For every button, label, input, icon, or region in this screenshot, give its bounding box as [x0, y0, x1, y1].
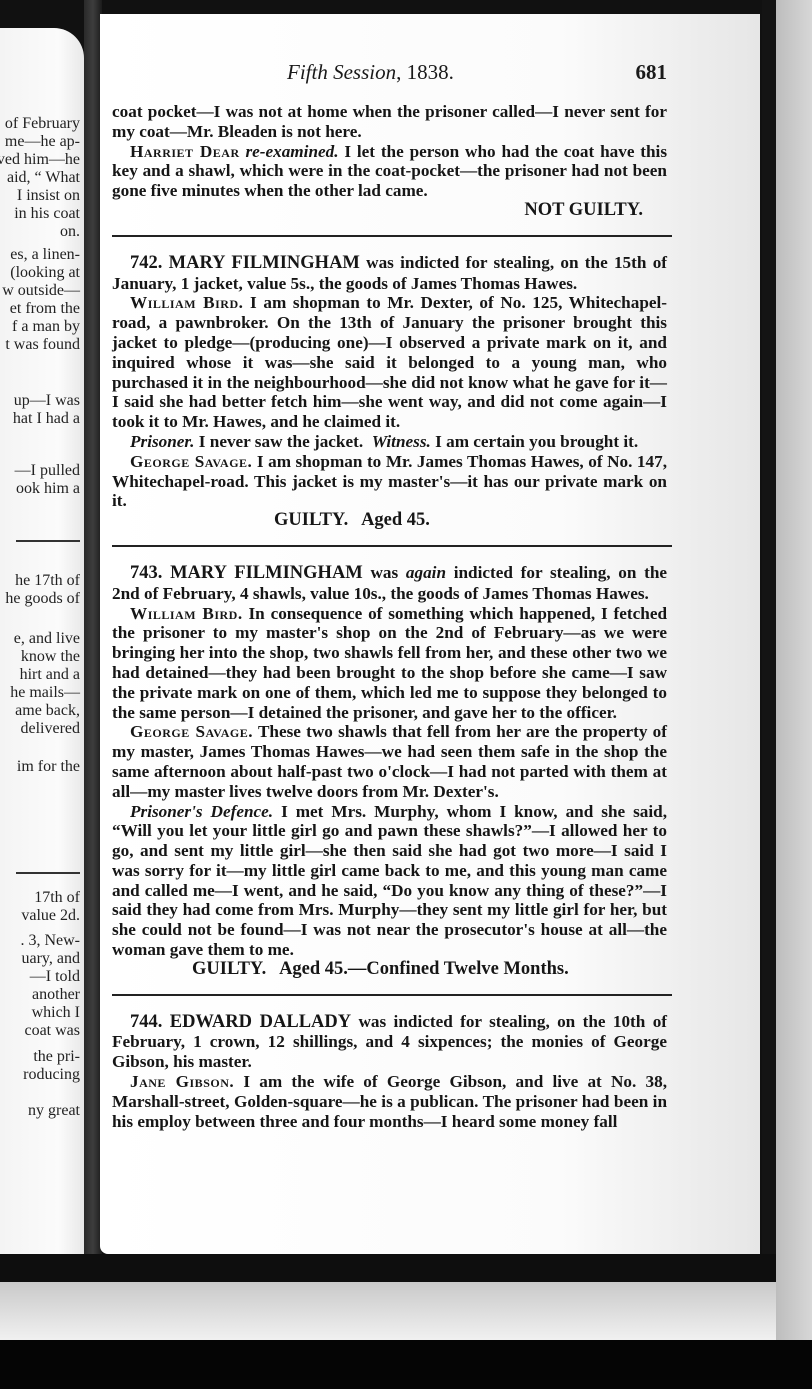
left-page-fragment: . 3, New-: [20, 932, 80, 950]
left-page-fragment: the pri-: [33, 1048, 80, 1066]
session-year: , 1838.: [396, 60, 454, 84]
left-page-fragment: im for the: [17, 758, 80, 776]
left-page-fragment: (looking at: [10, 264, 80, 282]
testimony-paragraph: George Savage. These two shawls that fel…: [112, 722, 667, 801]
testimony-text: I am shopman to Mr. Dexter, of No. 125, …: [112, 293, 667, 431]
left-page-fragment: of February: [5, 115, 80, 133]
verdict-not-guilty: NOT GUILTY.: [112, 201, 667, 221]
case-number: 743.: [130, 563, 162, 583]
case-separator: [112, 994, 672, 996]
session-title: Fifth Session: [287, 60, 396, 84]
body-text: coat pocket—I was not at home when the p…: [112, 102, 667, 1131]
speaker-name: Harriet Dear: [130, 142, 240, 161]
left-page-fragment: delivered: [20, 720, 80, 738]
left-page-fragment: hat I had a: [13, 410, 80, 428]
indictment-text: was: [370, 563, 398, 582]
bottom-shadow: [0, 1254, 776, 1282]
left-page-fragment: 17th of: [34, 889, 80, 907]
left-page-rule: [16, 872, 80, 874]
left-page-fragment: another: [32, 986, 80, 1004]
left-page-fragment: et from the: [10, 300, 80, 318]
left-page-fragment: I insist on: [17, 187, 80, 205]
case-742: 742. MARY FILMINGHAM was indicted for st…: [112, 253, 667, 531]
left-page-fragment: aid, “ What: [7, 169, 80, 187]
page-681: Fifth Session, 1838. 681 coat pocket—I w…: [100, 14, 760, 1254]
testimony-paragraph: Prisoner's Defence. I met Mrs. Murphy, w…: [112, 802, 667, 960]
testimony-paragraph: Jane Gibson. I am the wife of George Gib…: [112, 1072, 667, 1131]
underlying-paper: [0, 1282, 776, 1342]
speaker-name: Jane Gibson.: [130, 1072, 234, 1091]
re-examination-paragraph: Harriet Dear re-examined. I let the pers…: [112, 142, 667, 201]
case-744: 744. EDWARD DALLADY was indicted for ste…: [112, 1012, 667, 1132]
speaker-name: Prisoner.: [130, 432, 194, 451]
speaker-name: William Bird.: [130, 293, 243, 312]
speaker-name: William Bird.: [130, 604, 243, 623]
defendant-name: MARY FILMINGHAM: [169, 253, 360, 273]
left-page-fragment: —I pulled: [15, 462, 80, 480]
left-page-fragment: me—he ap-: [5, 133, 80, 151]
case-heading: 742. MARY FILMINGHAM was indicted for st…: [112, 253, 667, 294]
left-page-fragment: on.: [60, 223, 80, 241]
testimony-paragraph: Prisoner. I never saw the jacket. Witnes…: [112, 432, 667, 452]
bottom-background: [0, 1340, 812, 1389]
speaker-name: Witness.: [372, 432, 431, 451]
running-head-title: Fifth Session, 1838.: [287, 60, 454, 85]
left-page-fragment: —I told: [30, 968, 80, 986]
left-page-fragment: ny great: [28, 1102, 80, 1120]
continuation-paragraph: coat pocket—I was not at home when the p…: [112, 102, 667, 142]
running-head: Fifth Session, 1838. 681: [112, 60, 667, 90]
case-number: 744.: [130, 1012, 162, 1032]
left-page-fragment: up—I was: [14, 392, 80, 410]
left-page-fragment: ved him—he: [0, 151, 80, 169]
case-heading: 744. EDWARD DALLADY was indicted for ste…: [112, 1012, 667, 1072]
case-number: 742.: [130, 253, 162, 273]
left-page-fragment: roducing: [23, 1066, 80, 1084]
left-page-fragment: e, and live: [14, 630, 80, 648]
re-examined-label: re-examined.: [245, 142, 338, 161]
testimony-paragraph: George Savage. I am shopman to Mr. James…: [112, 452, 667, 511]
left-page-fragment: in his coat: [14, 205, 80, 223]
speaker-name: George Savage.: [130, 452, 252, 471]
testimony-text: I am certain you brought it.: [435, 432, 638, 451]
page-edge-shadow: [762, 0, 776, 1340]
left-page-fragment: coat was: [24, 1022, 80, 1040]
testimony-paragraph: William Bird. In consequence of somethin…: [112, 604, 667, 723]
defendant-name: MARY FILMINGHAM: [170, 563, 363, 583]
left-page-fragment: he mails—: [10, 684, 80, 702]
left-page-rule: [16, 540, 80, 542]
left-page-fragment: es, a linen-: [10, 246, 80, 264]
defendant-name: EDWARD DALLADY: [170, 1012, 351, 1032]
speaker-name: George Savage.: [130, 722, 253, 741]
page-number: 681: [636, 60, 668, 85]
left-page-fragment: hirt and a: [20, 666, 80, 684]
case-heading: 743. MARY FILMINGHAM was again indicted …: [112, 563, 667, 604]
left-page-fragment: ame back,: [15, 702, 80, 720]
case-separator: [112, 545, 672, 547]
testimony-text: I never saw the jacket.: [199, 432, 363, 451]
testimony-text: I met Mrs. Murphy, whom I know, and she …: [112, 802, 667, 960]
left-page-fragment: he 17th of: [15, 572, 80, 590]
left-page-fragment: t was found: [5, 336, 80, 354]
case-separator: [112, 235, 672, 237]
left-page-fragment: know the: [21, 648, 80, 666]
speaker-name: Prisoner's Defence.: [130, 802, 273, 821]
verdict: GUILTY. Aged 45.—Confined Twelve Months.: [112, 960, 667, 980]
left-page-fragment: value 2d.: [21, 907, 80, 925]
left-page-fragment: uary, and: [22, 950, 81, 968]
background-right: [776, 0, 812, 1389]
case-743: 743. MARY FILMINGHAM was again indicted …: [112, 563, 667, 980]
left-page-fragment: he goods of: [5, 590, 80, 608]
left-page-fragment: which I: [32, 1004, 80, 1022]
verdict: GUILTY. Aged 45.: [112, 511, 667, 531]
indictment-italic: again: [406, 563, 446, 582]
testimony-paragraph: William Bird. I am shopman to Mr. Dexter…: [112, 293, 667, 432]
left-page-fragment: w outside—: [2, 282, 80, 300]
left-facing-page: of Februaryme—he ap-ved him—heaid, “ Wha…: [0, 28, 84, 1283]
left-page-fragment: ook him a: [16, 480, 80, 498]
left-page-fragment: f a man by: [12, 318, 80, 336]
